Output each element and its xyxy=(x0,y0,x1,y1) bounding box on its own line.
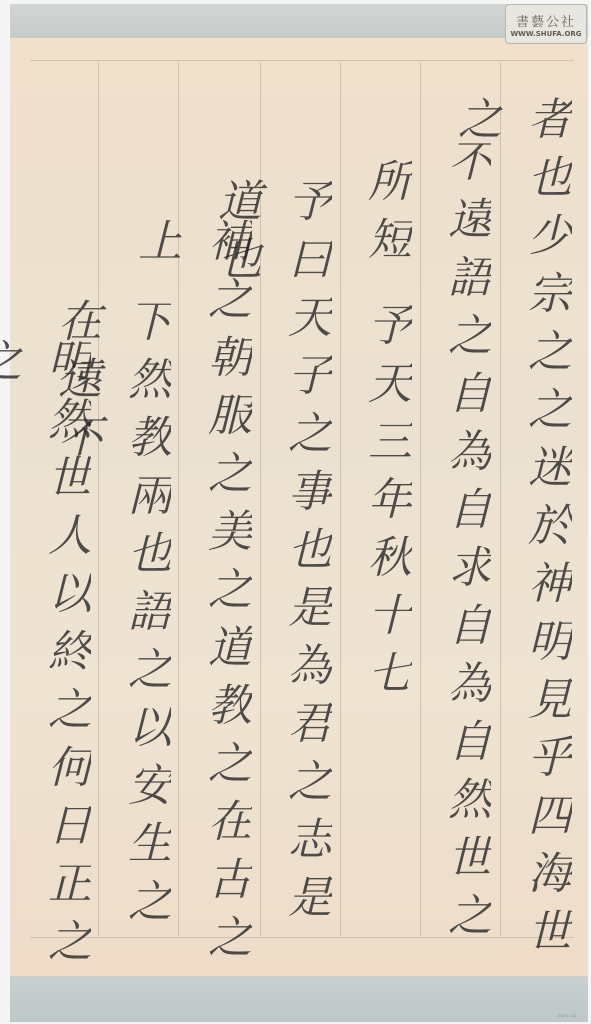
mount-top-band xyxy=(10,4,588,38)
credit-text: shufa.org xyxy=(557,1013,576,1018)
calligraphy-scroll: 者也少宗之之迷於神明見乎四海世之 不遠語之自為自求自為自然世之 所短 予天三年秋… xyxy=(10,4,588,1022)
watermark-logo: 書藝公社 WWW.SHUFA.ORG xyxy=(505,4,587,44)
watermark-url: WWW.SHUFA.ORG xyxy=(510,30,581,38)
paper-sheet: 者也少宗之之迷於神明見乎四海世之 不遠語之自為自求自為自然世之 所短 予天三年秋… xyxy=(10,38,588,976)
top-rule xyxy=(30,60,574,61)
script-column-5: 補之朝服之美之道教之在古之上 xyxy=(190,218,260,976)
script-column-2: 不遠語之自為自求自為自然世之 xyxy=(430,138,500,950)
column-divider xyxy=(420,62,421,936)
script-column-4: 予曰天子之事也是為君之志是道也 xyxy=(270,178,340,976)
watermark-title: 書藝公社 xyxy=(516,11,576,30)
column-divider xyxy=(340,62,341,936)
script-column-6: 下然教兩也語之以安生之在遠不 xyxy=(110,298,180,976)
mount-bottom-band xyxy=(10,976,588,1022)
script-column-3: 所短 予天三年秋十七 xyxy=(350,158,420,708)
script-column-7: 明然世人以終之何日正之之 xyxy=(30,338,100,976)
script-column-1: 者也少宗之之迷於神明見乎四海世之 xyxy=(510,96,580,976)
